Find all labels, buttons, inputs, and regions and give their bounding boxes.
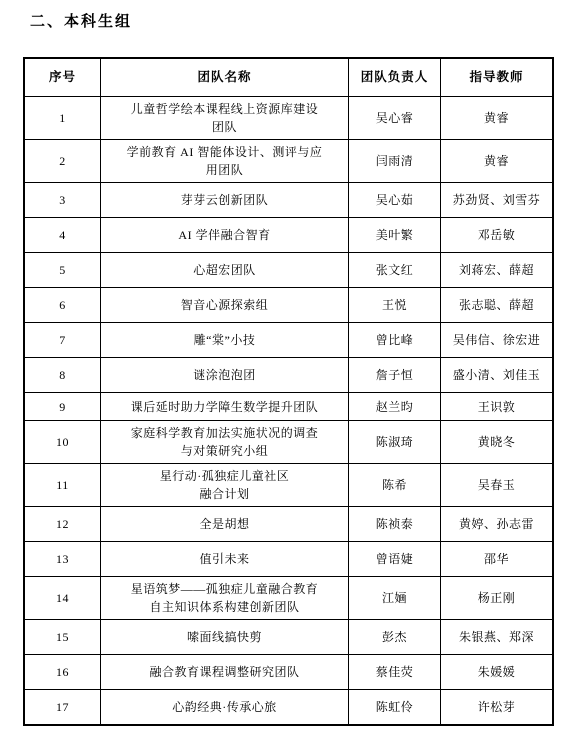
cell-team: 儿童哲学绘本课程线上资源库建设 团队 bbox=[101, 97, 349, 140]
cell-no: 3 bbox=[24, 183, 101, 218]
table-row: 6智音心源探索组王悦张志聪、薛超 bbox=[24, 288, 553, 323]
cell-team: 心韵经典·传承心旅 bbox=[101, 690, 349, 726]
cell-advisor: 朱银燕、郑深 bbox=[441, 620, 554, 655]
cell-advisor: 盛小清、刘佳玉 bbox=[441, 358, 554, 393]
cell-team: 星语筑梦——孤独症儿童融合教育 自主知识体系构建创新团队 bbox=[101, 577, 349, 620]
cell-advisor: 邵华 bbox=[441, 542, 554, 577]
cell-advisor: 杨正刚 bbox=[441, 577, 554, 620]
cell-no: 7 bbox=[24, 323, 101, 358]
table-row: 10家庭科学教育加法实施状况的调查 与对策研究小组陈淑琦黄晓冬 bbox=[24, 421, 553, 464]
table-row: 7雕“棠”小技曾比峰吴伟信、徐宏进 bbox=[24, 323, 553, 358]
cell-no: 4 bbox=[24, 218, 101, 253]
cell-no: 2 bbox=[24, 140, 101, 183]
cell-advisor: 黄睿 bbox=[441, 97, 554, 140]
table-head: 序号团队名称团队负责人指导教师 bbox=[24, 58, 553, 97]
table-row: 17心韵经典·传承心旅陈虹伶许松芽 bbox=[24, 690, 553, 726]
cell-advisor: 黄睿 bbox=[441, 140, 554, 183]
cell-no: 12 bbox=[24, 507, 101, 542]
cell-leader: 闫雨清 bbox=[349, 140, 441, 183]
table-row: 15嗦面线搞快剪彭杰朱银燕、郑深 bbox=[24, 620, 553, 655]
cell-team: 融合教育课程调整研究团队 bbox=[101, 655, 349, 690]
cell-leader: 蔡佳荧 bbox=[349, 655, 441, 690]
cell-leader: 詹子恒 bbox=[349, 358, 441, 393]
cell-team: 学前教育 AI 智能体设计、测评与应 用团队 bbox=[101, 140, 349, 183]
table-row: 16融合教育课程调整研究团队蔡佳荧朱媛媛 bbox=[24, 655, 553, 690]
table-body: 1儿童哲学绘本课程线上资源库建设 团队吴心睿黄睿2学前教育 AI 智能体设计、测… bbox=[24, 97, 553, 726]
table-row: 1儿童哲学绘本课程线上资源库建设 团队吴心睿黄睿 bbox=[24, 97, 553, 140]
table-row: 3芽芽云创新团队吴心茹苏劲贤、刘雪芬 bbox=[24, 183, 553, 218]
table-row: 13值引未来曾语婕邵华 bbox=[24, 542, 553, 577]
cell-no: 10 bbox=[24, 421, 101, 464]
cell-team: 值引未来 bbox=[101, 542, 349, 577]
cell-team: 雕“棠”小技 bbox=[101, 323, 349, 358]
column-header-1: 团队名称 bbox=[101, 58, 349, 97]
cell-team: 嗦面线搞快剪 bbox=[101, 620, 349, 655]
cell-no: 9 bbox=[24, 393, 101, 421]
cell-leader: 彭杰 bbox=[349, 620, 441, 655]
section-title: 二、本科生组 bbox=[0, 0, 567, 31]
cell-advisor: 黄晓冬 bbox=[441, 421, 554, 464]
cell-no: 11 bbox=[24, 464, 101, 507]
cell-team: 家庭科学教育加法实施状况的调查 与对策研究小组 bbox=[101, 421, 349, 464]
cell-advisor: 吴春玉 bbox=[441, 464, 554, 507]
cell-advisor: 许松芽 bbox=[441, 690, 554, 726]
table-row: 12全是胡想陈祯泰黄婷、孙志雷 bbox=[24, 507, 553, 542]
cell-advisor: 张志聪、薛超 bbox=[441, 288, 554, 323]
cell-leader: 张文红 bbox=[349, 253, 441, 288]
cell-advisor: 邓岳敏 bbox=[441, 218, 554, 253]
cell-no: 5 bbox=[24, 253, 101, 288]
cell-team: 全是胡想 bbox=[101, 507, 349, 542]
cell-no: 14 bbox=[24, 577, 101, 620]
cell-leader: 吴心茹 bbox=[349, 183, 441, 218]
cell-team: 课后延时助力学障生数学提升团队 bbox=[101, 393, 349, 421]
column-header-0: 序号 bbox=[24, 58, 101, 97]
cell-leader: 美叶繁 bbox=[349, 218, 441, 253]
cell-leader: 曾比峰 bbox=[349, 323, 441, 358]
table-row: 8谜涂泡泡团詹子恒盛小清、刘佳玉 bbox=[24, 358, 553, 393]
table-row: 14星语筑梦——孤独症儿童融合教育 自主知识体系构建创新团队江婳杨正刚 bbox=[24, 577, 553, 620]
table-row: 9课后延时助力学障生数学提升团队赵兰昀王识敦 bbox=[24, 393, 553, 421]
cell-no: 6 bbox=[24, 288, 101, 323]
header-row: 序号团队名称团队负责人指导教师 bbox=[24, 58, 553, 97]
cell-advisor: 朱媛媛 bbox=[441, 655, 554, 690]
table-row: 11星行动·孤独症儿童社区 融合计划陈希吴春玉 bbox=[24, 464, 553, 507]
cell-leader: 吴心睿 bbox=[349, 97, 441, 140]
table-row: 4AI 学伴融合智育美叶繁邓岳敏 bbox=[24, 218, 553, 253]
column-header-3: 指导教师 bbox=[441, 58, 554, 97]
cell-team: AI 学伴融合智育 bbox=[101, 218, 349, 253]
cell-leader: 王悦 bbox=[349, 288, 441, 323]
cell-advisor: 黄婷、孙志雷 bbox=[441, 507, 554, 542]
cell-leader: 曾语婕 bbox=[349, 542, 441, 577]
cell-no: 16 bbox=[24, 655, 101, 690]
table-row: 5心超宏团队张文红刘蒋宏、薛超 bbox=[24, 253, 553, 288]
cell-no: 13 bbox=[24, 542, 101, 577]
cell-leader: 江婳 bbox=[349, 577, 441, 620]
cell-advisor: 刘蒋宏、薛超 bbox=[441, 253, 554, 288]
cell-leader: 陈虹伶 bbox=[349, 690, 441, 726]
cell-leader: 赵兰昀 bbox=[349, 393, 441, 421]
cell-no: 8 bbox=[24, 358, 101, 393]
cell-leader: 陈希 bbox=[349, 464, 441, 507]
cell-team: 智音心源探索组 bbox=[101, 288, 349, 323]
cell-no: 17 bbox=[24, 690, 101, 726]
teams-table: 序号团队名称团队负责人指导教师 1儿童哲学绘本课程线上资源库建设 团队吴心睿黄睿… bbox=[23, 57, 554, 726]
cell-leader: 陈淑琦 bbox=[349, 421, 441, 464]
column-header-2: 团队负责人 bbox=[349, 58, 441, 97]
cell-team: 心超宏团队 bbox=[101, 253, 349, 288]
cell-advisor: 王识敦 bbox=[441, 393, 554, 421]
cell-advisor: 苏劲贤、刘雪芬 bbox=[441, 183, 554, 218]
cell-no: 15 bbox=[24, 620, 101, 655]
cell-leader: 陈祯泰 bbox=[349, 507, 441, 542]
cell-advisor: 吴伟信、徐宏进 bbox=[441, 323, 554, 358]
cell-team: 星行动·孤独症儿童社区 融合计划 bbox=[101, 464, 349, 507]
document-page: 二、本科生组 序号团队名称团队负责人指导教师 1儿童哲学绘本课程线上资源库建设 … bbox=[0, 0, 567, 740]
cell-team: 芽芽云创新团队 bbox=[101, 183, 349, 218]
cell-no: 1 bbox=[24, 97, 101, 140]
cell-team: 谜涂泡泡团 bbox=[101, 358, 349, 393]
table-row: 2学前教育 AI 智能体设计、测评与应 用团队闫雨清黄睿 bbox=[24, 140, 553, 183]
